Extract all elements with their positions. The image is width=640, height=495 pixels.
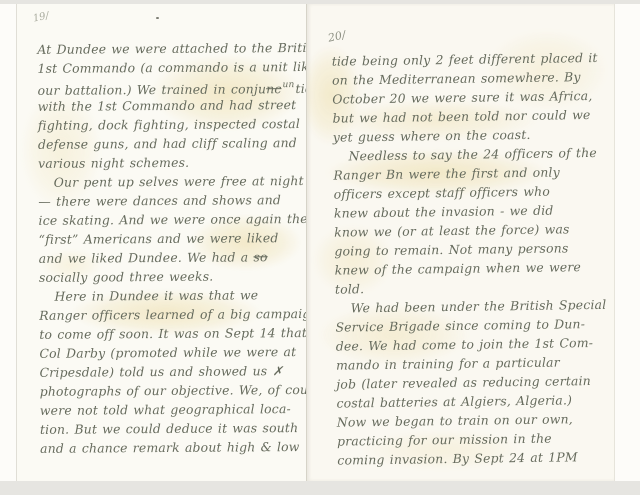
handwritten-line: — there were dances and shows and bbox=[38, 190, 302, 211]
handwritten-line: fighting, dock fighting, inspected costa… bbox=[38, 114, 302, 135]
handwritten-line: “first” Americans and we were liked bbox=[39, 228, 303, 249]
manuscript-page-left: 19/ At Dundee we were attached to the Br… bbox=[16, 4, 307, 481]
handwritten-line: but we had not been told nor could we bbox=[332, 105, 611, 128]
handwritten-line: our battalion.) We trained in conjuncunt… bbox=[38, 76, 302, 97]
handwritten-line: ice skating. And we were once again the bbox=[38, 209, 302, 230]
handwritten-line: 1st Commando (a commando is a unit like bbox=[37, 57, 301, 78]
handwritten-line: Col Darby (promoted while we were at bbox=[39, 342, 303, 363]
handwritten-text-block: tide being only 2 feet different placed … bbox=[307, 4, 615, 470]
handwritten-line: various night schemes. bbox=[38, 152, 302, 173]
handwritten-text-block: At Dundee we were attached to the Britis… bbox=[17, 4, 307, 458]
handwritten-line: Needless to say the 24 officers of the bbox=[333, 143, 612, 166]
inserted-above-text: un bbox=[282, 80, 294, 90]
handwritten-line: to come off soon. It was on Sept 14 that bbox=[39, 323, 303, 344]
handwritten-line: Ranger officers learned of a big campaig… bbox=[39, 304, 303, 325]
handwritten-line: socially good three weeks. bbox=[39, 266, 303, 287]
handwritten-line: Cripesdale) told us and showed us ✗ bbox=[40, 361, 304, 382]
scanned-document-screenshot: { "scan": { "description_colors": { "pap… bbox=[0, 0, 640, 495]
handwritten-line: knew of the campaign when we were bbox=[335, 257, 614, 280]
crossed-out-text: so bbox=[253, 249, 267, 264]
handwritten-line: dee. We had come to join the 1st Com- bbox=[336, 333, 615, 356]
ink-speck bbox=[156, 17, 159, 19]
handwritten-line: Here in Dundee it was that we bbox=[39, 285, 303, 306]
handwritten-line: and we liked Dundee. We had a so bbox=[39, 247, 303, 268]
handwritten-line: coming invasion. By Sept 24 at 1PM bbox=[337, 447, 615, 470]
handwritten-line: with the 1st Commando and had street bbox=[38, 95, 302, 116]
handwritten-line: tion. But we could deduce it was south bbox=[40, 418, 304, 439]
handwritten-line: and a chance remark about high & low bbox=[40, 437, 304, 458]
manuscript-page-right: 20/ tide being only 2 feet different pla… bbox=[306, 4, 615, 481]
handwritten-line: were not told what geographical loca- bbox=[40, 399, 304, 420]
handwritten-line: job (later revealed as reducing certain bbox=[336, 371, 615, 394]
crossed-out-text: nc bbox=[266, 81, 281, 96]
handwritten-line: photographs of our objective. We, of cou… bbox=[40, 380, 304, 401]
handwritten-line: Our pent up selves were free at night bbox=[38, 171, 302, 192]
handwritten-line: At Dundee we were attached to the Britis… bbox=[37, 38, 301, 59]
document-scan: 19/ At Dundee we were attached to the Br… bbox=[0, 4, 640, 481]
handwritten-line: defense guns, and had cliff scaling and bbox=[38, 133, 302, 154]
